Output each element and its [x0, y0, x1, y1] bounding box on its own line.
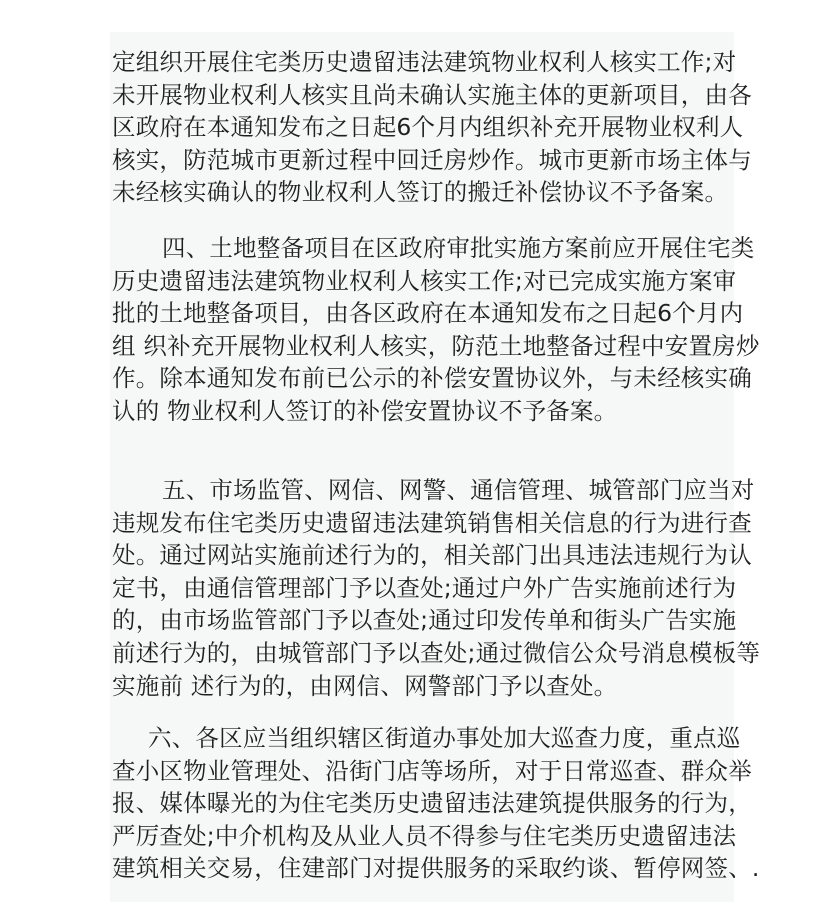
- text-line: 核实，防范城市更新过程中回迁房炒作。城市更新市场主体与: [112, 144, 732, 177]
- text-line: 未开展物业权利人核实且尚未确认实施主体的更新项目，由各: [112, 79, 732, 112]
- text-line: 未经核实确认的物业权利人签订的搬迁补偿协议不予备案。: [112, 176, 732, 209]
- text-line: 组 织补充开展物业权利人核实，防范土地整备过程中安置房炒: [112, 330, 732, 363]
- text-line: 报、媒体曝光的为住宅类历史遗留违法建筑提供服务的行为，: [112, 787, 732, 820]
- text-line: 前述行为的，由城管部门予以查处;通过微信公众号消息模板等: [112, 637, 732, 670]
- text-line: 批的土地整备项目，由各区政府在本通知发布之日起6个月内: [112, 297, 732, 330]
- text-line: 认的 物业权利人签订的补偿安置协议不予备案。: [112, 395, 732, 428]
- text-line: 处。通过网站实施前述行为的，相关部门出具违法违规行为认: [112, 539, 732, 572]
- text-line: 的，由市场监管部门予以查处;通过印发传单和街头广告实施: [112, 604, 732, 637]
- text-line: 实施前 述行为的，由网信、网警部门予以查处。: [112, 670, 732, 703]
- text-line: 历史遗留违法建筑物业权利人核实工作;对已完成实施方案审: [112, 265, 732, 298]
- paragraph-section-5: 五、市场监管、网信、网警、通信管理、城管部门应当对 违规发布住宅类历史遗留违法建…: [112, 474, 732, 702]
- section-heading-line: 六、各区应当组织辖区街道办事处加大巡查力度，重点巡: [112, 722, 732, 755]
- text-line: 定组织开展住宅类历史遗留违法建筑物业权利人核实工作;对: [112, 46, 732, 79]
- text-line: 作。除本通知发布前已公示的补偿安置协议外，与未经核实确: [112, 362, 732, 395]
- paragraph-section-6: 六、各区应当组织辖区街道办事处加大巡查力度，重点巡 查小区物业管理处、沿街门店等…: [112, 722, 732, 885]
- text-line: 严厉查处;中介机构及从业人员不得参与住宅类历史遗留违法: [112, 820, 732, 853]
- paragraph-section-4: 四、土地整备项目在区政府审批实施方案前应开展住宅类 历史遗留违法建筑物业权利人核…: [112, 232, 732, 428]
- section-heading-line: 四、土地整备项目在区政府审批实施方案前应开展住宅类: [112, 232, 732, 265]
- text-line: 建筑相关交易，住建部门对提供服务的采取约谈、暂停网签、.: [112, 852, 732, 885]
- text-line: 定书，由通信管理部门予以查处;通过户外广告实施前述行为: [112, 572, 732, 605]
- text-line: 区政府在本通知发布之日起6个月内组织补充开展物业权利人: [112, 111, 732, 144]
- text-line: 违规发布住宅类历史遗留违法建筑销售相关信息的行为进行查: [112, 507, 732, 540]
- text-line: 查小区物业管理处、沿街门店等场所，对于日常巡查、群众举: [112, 755, 732, 788]
- paragraph-continuation: 定组织开展住宅类历史遗留违法建筑物业权利人核实工作;对 未开展物业权利人核实且尚…: [112, 46, 732, 209]
- section-heading-line: 五、市场监管、网信、网警、通信管理、城管部门应当对: [112, 474, 732, 507]
